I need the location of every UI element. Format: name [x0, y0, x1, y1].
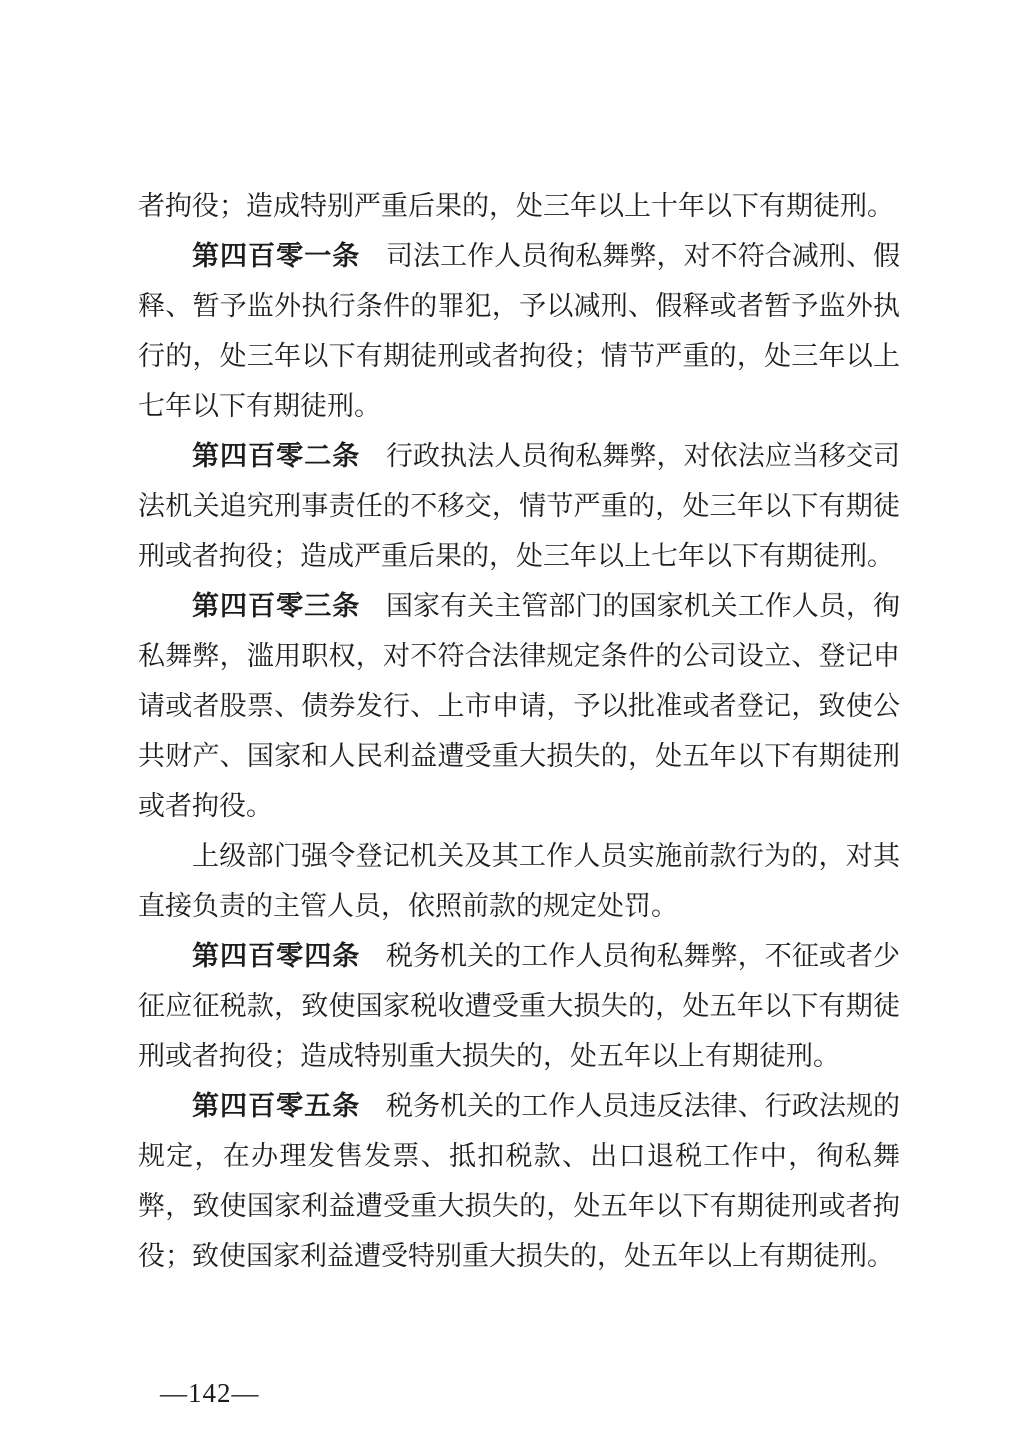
article-405-paragraph: 第四百零五条税务机关的工作人员违反法律、行政法规的规定，在办理发售发票、抵扣税款… [138, 1081, 900, 1281]
article-number-heading: 第四百零四条 [192, 941, 360, 971]
article-404-paragraph: 第四百零四条税务机关的工作人员徇私舞弊，不征或者少征应征税款，致使国家税收遭受重… [138, 931, 900, 1081]
paragraph-text: 国家有关主管部门的国家机关工作人员，徇私舞弊，滥用职权，对不符合法律规定条件的公… [138, 591, 900, 821]
article-number-heading: 第四百零三条 [192, 591, 360, 621]
article-number-heading: 第四百零五条 [192, 1091, 360, 1121]
article-number-heading: 第四百零一条 [192, 241, 360, 271]
article-number-heading: 第四百零二条 [192, 441, 360, 471]
law-text-block: 者拘役；造成特别严重后果的，处三年以上十年以下有期徒刑。 第四百零一条司法工作人… [138, 181, 900, 1281]
paragraph-continuation: 者拘役；造成特别严重后果的，处三年以上十年以下有期徒刑。 [138, 181, 900, 231]
paragraph-text: 上级部门强令登记机关及其工作人员实施前款行为的，对其直接负责的主管人员，依照前款… [138, 841, 900, 921]
article-401-paragraph: 第四百零一条司法工作人员徇私舞弊，对不符合减刑、假释、暂予监外执行条件的罪犯，予… [138, 231, 900, 431]
page-number: —142— [160, 1378, 260, 1409]
document-page: 者拘役；造成特别严重后果的，处三年以上十年以下有期徒刑。 第四百零一条司法工作人… [0, 0, 1024, 1448]
article-403-paragraph: 第四百零三条国家有关主管部门的国家机关工作人员，徇私舞弊，滥用职权，对不符合法律… [138, 581, 900, 831]
article-402-paragraph: 第四百零二条行政执法人员徇私舞弊，对依法应当移交司法机关追究刑事责任的不移交，情… [138, 431, 900, 581]
paragraph-text: 者拘役；造成特别严重后果的，处三年以上十年以下有期徒刑。 [138, 191, 894, 221]
article-403-clause-2-paragraph: 上级部门强令登记机关及其工作人员实施前款行为的，对其直接负责的主管人员，依照前款… [138, 831, 900, 931]
